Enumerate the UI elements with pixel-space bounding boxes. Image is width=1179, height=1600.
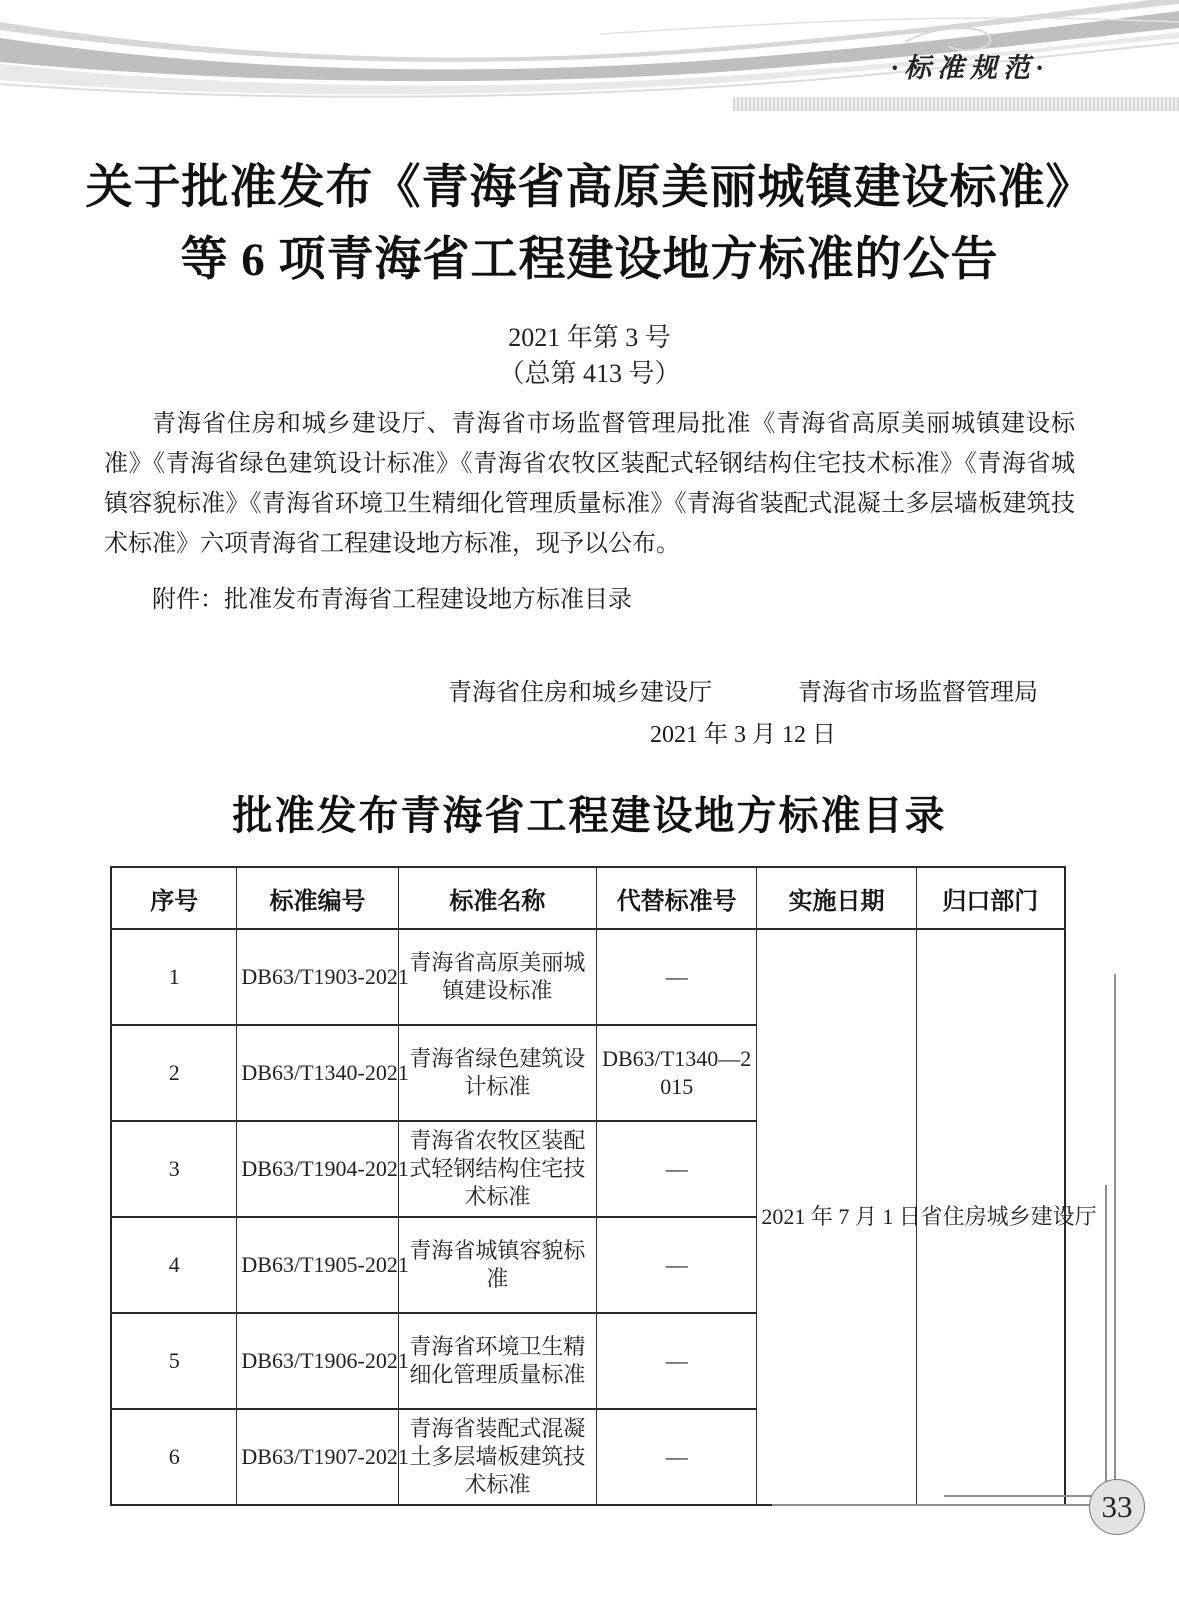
cell-standard-name: 青海省农牧区装配式轻钢结构住宅技术标准 xyxy=(398,1121,596,1217)
cell-replaced-standard: — xyxy=(597,1313,757,1409)
cell-serial-number: 6 xyxy=(111,1409,237,1505)
issuer-signatures: 青海省住房和城乡建设厅 青海省市场监督管理局 xyxy=(448,672,1038,707)
notice-title-line2: 等 6 项青海省工程建设地方标准的公告 xyxy=(0,224,1179,296)
issuer-left: 青海省住房和城乡建设厅 xyxy=(448,672,712,707)
column-header-name: 标准名称 xyxy=(398,867,596,929)
notice-title-line1: 关于批准发布《青海省高原美丽城镇建设标准》 xyxy=(0,152,1179,224)
cell-standard-name: 青海省城镇容貌标准 xyxy=(398,1217,596,1313)
issue-date: 2021 年 3 月 12 日 xyxy=(448,714,1038,749)
cell-serial-number: 3 xyxy=(111,1121,237,1217)
notice-title: 关于批准发布《青海省高原美丽城镇建设标准》 等 6 项青海省工程建设地方标准的公… xyxy=(0,152,1179,296)
cell-serial-number: 2 xyxy=(111,1025,237,1121)
cell-standard-code: DB63/T1904-2021 xyxy=(237,1121,398,1217)
cell-standard-name: 青海省装配式混凝土多层墙板建筑技术标准 xyxy=(398,1409,596,1505)
page-number-badge: 33 xyxy=(1089,1479,1145,1535)
cell-standard-code: DB63/T1907-2021 xyxy=(237,1409,398,1505)
cell-replaced-standard: — xyxy=(597,1217,757,1313)
bottom-rule-short xyxy=(944,1495,1094,1497)
cumulative-number: （总第 413 号） xyxy=(0,356,1179,392)
cell-replaced-standard: — xyxy=(597,1409,757,1505)
cell-implementation-date: 2021 年 7 月 1 日 xyxy=(757,929,916,1505)
table-row: 1 DB63/T1903-2021 青海省高原美丽城镇建设标准 — 2021 年… xyxy=(111,929,1065,1025)
cell-replaced-standard: — xyxy=(597,929,757,1025)
cell-standard-code: DB63/T1905-2021 xyxy=(237,1217,398,1313)
cell-standard-code: DB63/T1906-2021 xyxy=(237,1313,398,1409)
notice-body-paragraph: 青海省住房和城乡建设厅、青海省市场监督管理局批准《青海省高原美丽城镇建设标准》《… xyxy=(104,404,1075,564)
cell-serial-number: 1 xyxy=(111,929,237,1025)
cell-standard-name: 青海省高原美丽城镇建设标准 xyxy=(398,929,596,1025)
issue-number: 2021 年第 3 号 xyxy=(0,320,1179,356)
issuer-right: 青海省市场监督管理局 xyxy=(798,672,1038,707)
document-page: ·标准规范· 关于批准发布《青海省高原美丽城镇建设标准》 等 6 项青海省工程建… xyxy=(0,0,1179,1600)
right-rule-long xyxy=(1114,974,1116,1484)
column-header-department: 归口部门 xyxy=(916,867,1065,929)
right-rule-short xyxy=(1105,1185,1107,1484)
catalog-title: 批准发布青海省工程建设地方标准目录 xyxy=(0,784,1179,841)
notice-numbers: 2021 年第 3 号 （总第 413 号） xyxy=(0,320,1179,392)
cell-replaced-standard: DB63/T1340—2015 xyxy=(597,1025,757,1121)
cell-standard-code: DB63/T1340-2021 xyxy=(237,1025,398,1121)
column-header-replaces: 代替标准号 xyxy=(597,867,757,929)
catalog-body: 1 DB63/T1903-2021 青海省高原美丽城镇建设标准 — 2021 年… xyxy=(111,929,1065,1505)
column-header-code: 标准编号 xyxy=(237,867,398,929)
cell-serial-number: 4 xyxy=(111,1217,237,1313)
cell-department: 省住房城乡建设厅 xyxy=(916,929,1065,1505)
notice-body-block: 青海省住房和城乡建设厅、青海省市场监督管理局批准《青海省高原美丽城镇建设标准》《… xyxy=(104,404,1075,620)
bottom-rule-long xyxy=(772,1504,1094,1506)
catalog-header: 序号 标准编号 标准名称 代替标准号 实施日期 归口部门 xyxy=(111,867,1065,929)
cell-standard-name: 青海省绿色建筑设计标准 xyxy=(398,1025,596,1121)
cell-replaced-standard: — xyxy=(597,1121,757,1217)
column-header-impl-date: 实施日期 xyxy=(757,867,916,929)
page-number: 33 xyxy=(1102,1489,1133,1525)
cell-standard-code: DB63/T1903-2021 xyxy=(237,929,398,1025)
cell-standard-name: 青海省环境卫生精细化管理质量标准 xyxy=(398,1313,596,1409)
attachment-line: 附件：批准发布青海省工程建设地方标准目录 xyxy=(104,580,1075,620)
column-header-no: 序号 xyxy=(111,867,237,929)
hatch-bar-decoration xyxy=(733,97,1179,111)
section-label: ·标准规范· xyxy=(880,46,1060,85)
cell-serial-number: 5 xyxy=(111,1313,237,1409)
catalog-table: 序号 标准编号 标准名称 代替标准号 实施日期 归口部门 1 DB63/T190… xyxy=(110,866,1066,1506)
